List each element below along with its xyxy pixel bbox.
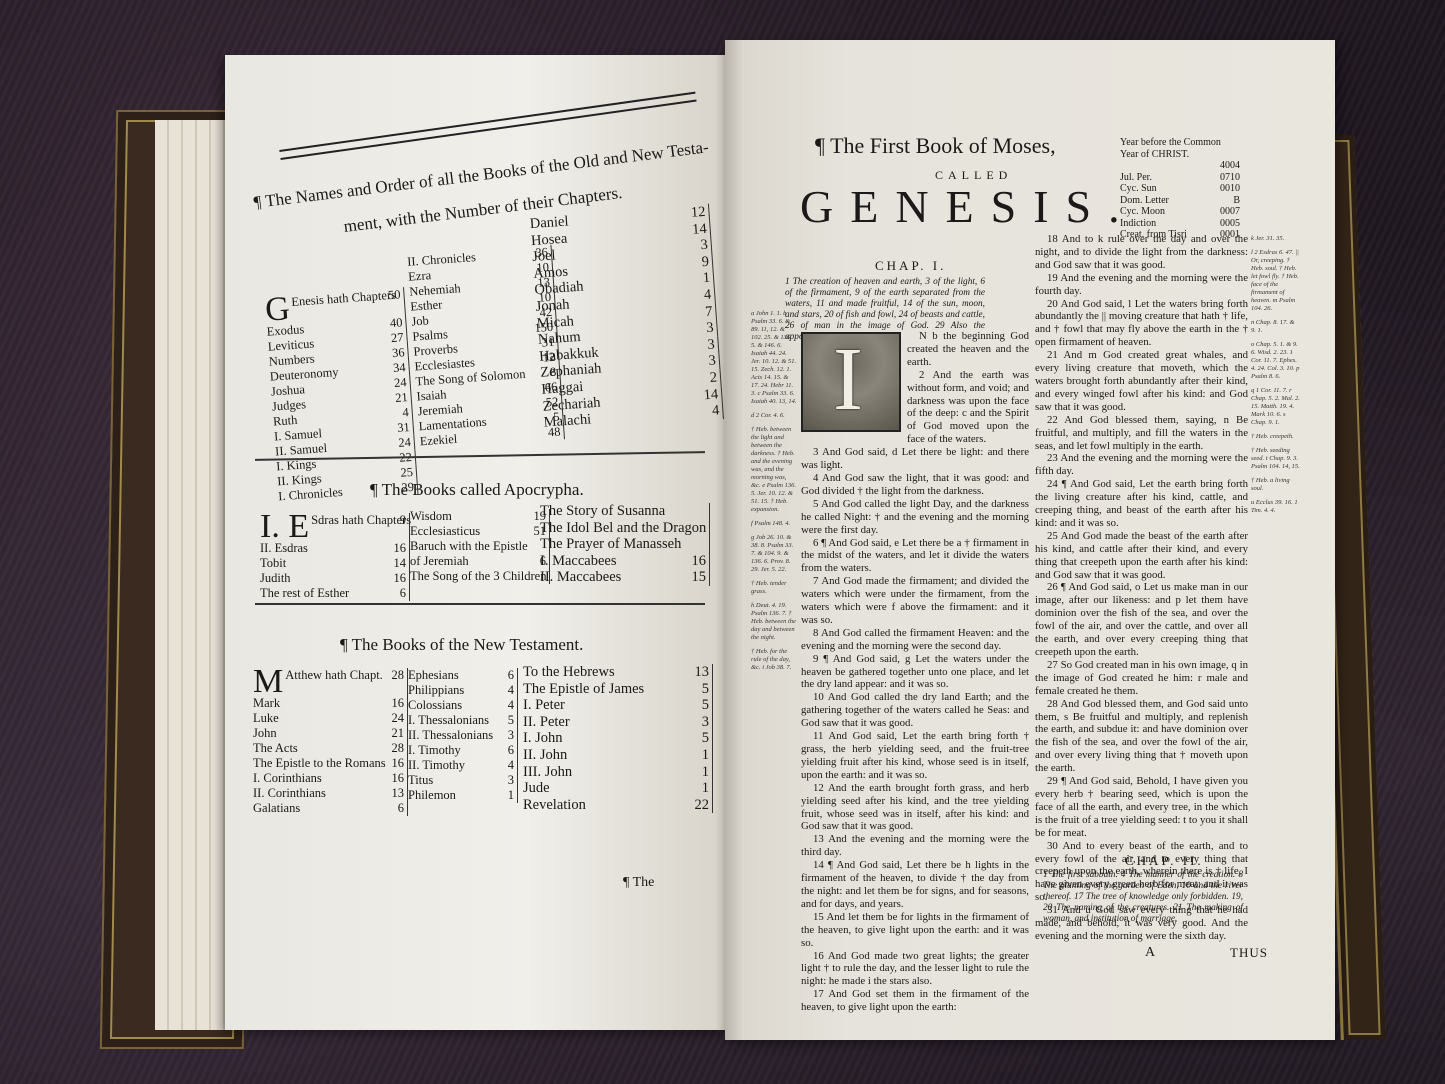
- chapter-count: 4: [402, 405, 413, 421]
- chapter-count: 16: [394, 571, 411, 586]
- chapter-count: 31: [397, 420, 415, 436]
- verse-column-2: 18 And to k rule over the day and over t…: [1035, 233, 1248, 943]
- chapter-count: 36: [392, 345, 410, 361]
- margin-note: † Heb. creepeth.: [1251, 433, 1301, 441]
- book-entry: Philippians4: [408, 683, 518, 698]
- verse: 11 And God said, Let the earth bring for…: [801, 730, 1029, 782]
- chapter-count: 3: [708, 353, 720, 370]
- verse: 5 And God called the light Day, and the …: [801, 498, 1029, 537]
- chapter-count: 7: [705, 303, 717, 320]
- apoc-col3: The Story of SusannaThe Idol Bel and the…: [540, 503, 710, 586]
- book-entry: Philemon1: [408, 788, 518, 803]
- book-name: The Acts: [253, 741, 298, 756]
- margin-note: k Jer. 31. 35.: [1251, 235, 1301, 243]
- book-name: Ruth: [273, 413, 298, 430]
- apocrypha-title: ¶ The Books called Apocrypha.: [370, 480, 584, 500]
- nt-col1: MAtthew hath Chapt.28Mark16Luke24John21T…: [253, 668, 408, 816]
- chronology-value: B: [1233, 195, 1240, 207]
- left-page: ¶ The Names and Order of all the Books o…: [225, 55, 730, 1030]
- book-entry: The rest of Esther6: [260, 586, 410, 601]
- drop-cap: G: [264, 295, 290, 325]
- ot-col3: Daniel12Hosea14Joel3Amos9Obadiah1Jonah4M…: [529, 204, 724, 432]
- right-margin-notes: k Jer. 31. 35.l 2 Esdras 6. 47. || Or, c…: [1251, 235, 1301, 521]
- book-entry: Baruch with the Epistle: [410, 539, 550, 554]
- book-entry: of Jeremiah6: [410, 554, 550, 569]
- book-name: Colossians: [408, 698, 462, 713]
- book-heading: ¶ The First Book of Moses,: [815, 133, 1056, 159]
- chapter-count: 4: [703, 286, 715, 303]
- chapter-count: 3: [508, 728, 518, 743]
- book-name: The Epistle of James: [523, 681, 644, 698]
- chapter-count: 16: [394, 541, 411, 556]
- book-entry: The Epistle to the Romans16: [253, 756, 408, 771]
- margin-note: † Heb. tender grass.: [751, 580, 797, 596]
- chapter-count: 27: [391, 330, 409, 346]
- margin-note: o Chap. 5. 1. & 9. 6. Wisd. 2. 23. 1 Cor…: [1251, 341, 1301, 381]
- ot-table: GEnesis hath Chapters50Exodus40Leviticus…: [260, 204, 719, 455]
- nt-col3: To the Hebrews13The Epistle of James5I. …: [523, 664, 713, 813]
- nt-title: ¶ The Books of the New Testament.: [340, 635, 583, 655]
- chapter-count: 5: [702, 681, 713, 698]
- drop-cap: I. E: [260, 513, 309, 541]
- apocrypha-bottom-rule: [255, 603, 705, 605]
- chapter-count: 3: [508, 773, 518, 788]
- verse: 20 And God said, l Let the waters bring …: [1035, 298, 1248, 350]
- chapter-count: 15: [692, 569, 711, 586]
- book-entry: I. John5: [523, 730, 713, 747]
- book-name: Joel: [532, 248, 556, 266]
- book-name: Philemon: [408, 788, 456, 803]
- chapter-count: 4: [508, 698, 518, 713]
- chapter-count: 6: [508, 743, 518, 758]
- margin-note: n Chap. 8. 17. & 9. 1.: [1251, 319, 1301, 335]
- chapter-count: 2: [709, 369, 721, 386]
- book-name: Esther: [410, 297, 443, 314]
- verse: 19 And the evening and the morning were …: [1035, 272, 1248, 298]
- verse: 25 And God made the beast of the earth a…: [1035, 530, 1248, 582]
- book-name: Judith: [260, 571, 291, 586]
- chronology-label: Cyc. Sun: [1120, 183, 1157, 195]
- book-entry: Mark16: [253, 696, 408, 711]
- verse: 8 And God called the firmament Heaven: a…: [801, 627, 1029, 653]
- verse: 26 ¶ And God said, o Let us make man in …: [1035, 581, 1248, 658]
- verse: 15 And let them be for lights in the fir…: [801, 911, 1029, 950]
- chapter-count: [706, 520, 710, 537]
- book-entry: II. Corinthians13: [253, 786, 408, 801]
- margin-note: † Heb. seeding seed. t Chap. 9. 3. Psalm…: [1251, 447, 1301, 471]
- chapter-count: 16: [692, 553, 711, 570]
- chapter-count: 6: [508, 668, 518, 683]
- chapter-count: 1: [508, 788, 518, 803]
- book-name: Ephesians: [408, 668, 459, 683]
- verse: 23 And the evening and the morning were …: [1035, 452, 1248, 478]
- chapter-count: 12: [690, 204, 710, 222]
- chapter-count: 3: [706, 319, 718, 336]
- verse: 18 And to k rule over the day and over t…: [1035, 233, 1248, 272]
- chapter-count: 24: [392, 711, 409, 726]
- chap1-heading: CHAP. I.: [875, 258, 946, 274]
- book-name: Tobit: [260, 556, 286, 571]
- book-entry: MAtthew hath Chapt.28: [253, 668, 408, 696]
- chapter-count: 1: [702, 780, 713, 797]
- book-entry: III. John1: [523, 764, 713, 781]
- chapter-count: 50: [388, 287, 406, 316]
- left-catchword: ¶ The: [623, 875, 654, 891]
- chronology-label: Jul. Per.: [1120, 172, 1152, 184]
- book-name: Job: [411, 313, 429, 329]
- book-name: The rest of Esther: [260, 586, 349, 601]
- chapter-count: 28: [392, 668, 409, 696]
- verse: 14 ¶ And God said, Let there be h lights…: [801, 859, 1029, 911]
- book-name: II. Esdras: [260, 541, 308, 556]
- chronology-row: Cyc. Sun0010: [1120, 183, 1240, 195]
- book-entry: I. Maccabees16: [540, 553, 710, 570]
- book-name: Judges: [272, 397, 307, 414]
- book-name: I. Thessalonians: [408, 713, 489, 728]
- book-name: Ezekiel: [419, 432, 457, 450]
- chapter-count: 14: [703, 386, 723, 404]
- chap2-summary: 1 The first sabbath. 4 The manner of the…: [1043, 870, 1243, 925]
- margin-note: † Heb. for the rule of the day, &c. i Jo…: [751, 648, 797, 672]
- book-name: The Song of the 3 Children: [410, 569, 546, 584]
- book-name: MAtthew hath Chapt.: [253, 668, 383, 696]
- book-name: I. Corinthians: [253, 771, 322, 786]
- book-name: I. ESdras hath Chapters: [260, 513, 400, 541]
- chronology-value: 4004: [1220, 160, 1240, 172]
- nt-table: MAtthew hath Chapt.28Mark16Luke24John21T…: [253, 660, 708, 810]
- apoc-col1: I. ESdras hath Chapters9II. Esdras16Tobi…: [260, 513, 410, 601]
- book-entry: II. Thessalonians3: [408, 728, 518, 743]
- chapter-count: [706, 536, 710, 553]
- book-entry: John21: [253, 726, 408, 741]
- book-name: II. Timothy: [408, 758, 465, 773]
- book-name: To the Hebrews: [523, 664, 615, 681]
- verse: 22 And God blessed them, saying, n Be fr…: [1035, 414, 1248, 453]
- chapter-count: 25: [400, 465, 418, 481]
- chapter-count: 1: [702, 764, 713, 781]
- chap2-heading: CHAP. II.: [1125, 853, 1204, 869]
- historiated-initial: I: [801, 332, 901, 432]
- book-name: The Prayer of Manasseh: [540, 536, 681, 553]
- book-entry: Colossians4: [408, 698, 518, 713]
- book-entry: I. ESdras hath Chapters9: [260, 513, 410, 541]
- book-name: II. Corinthians: [253, 786, 326, 801]
- book-entry: The Prayer of Manasseh: [540, 536, 710, 553]
- verse: 21 And m God created great whales, and e…: [1035, 349, 1248, 414]
- chapter-count: 5: [702, 697, 713, 714]
- book-entry: Wisdom19: [410, 509, 550, 524]
- book-entry: Jude1: [523, 780, 713, 797]
- chapter-count: 1: [702, 747, 713, 764]
- book-entry: To the Hebrews13: [523, 664, 713, 681]
- apoc-col2: Wisdom19Ecclesiasticus51Baruch with the …: [410, 509, 550, 584]
- book-name: Titus: [408, 773, 433, 788]
- book-name: I. Timothy: [408, 743, 461, 758]
- chapter-count: 24: [394, 375, 412, 391]
- verse-column-1: I N b the beginning God created the heav…: [801, 330, 1029, 1014]
- ot-col1: GEnesis hath Chapters50Exodus40Leviticus…: [264, 287, 418, 504]
- chapter-count: 16: [392, 756, 409, 771]
- chronology-label: Cyc. Moon: [1120, 206, 1165, 218]
- chronology-label: Dom. Letter: [1120, 195, 1169, 207]
- chapter-count: 14: [394, 556, 411, 571]
- chronology-row: Indiction0005: [1120, 218, 1240, 230]
- book-name: Malachi: [543, 411, 592, 431]
- book-entry: Judith16: [260, 571, 410, 586]
- book-entry: II. Timothy4: [408, 758, 518, 773]
- book-name: The Idol Bel and the Dragon: [540, 520, 706, 537]
- verse: 10 And God called the dry land Earth; an…: [801, 691, 1029, 730]
- book-entry: I. Timothy6: [408, 743, 518, 758]
- chapter-count: 9: [701, 253, 713, 270]
- chronology-value: 0710: [1220, 172, 1240, 184]
- chapter-count: 3: [700, 237, 712, 254]
- margin-note: a John 1. 1. b Psalm 33. 6. & 89. 11, 12…: [751, 310, 797, 406]
- chronology-row: Cyc. Moon0007: [1120, 206, 1240, 218]
- verse: 27 So God created man in his own image, …: [1035, 659, 1248, 698]
- book-name: Jude: [523, 780, 550, 797]
- verse: 28 And God blessed them, and God said un…: [1035, 698, 1248, 775]
- book-name: Mark: [253, 696, 280, 711]
- chronology-value: 0005: [1220, 218, 1240, 230]
- book-name: of Jeremiah: [410, 554, 469, 569]
- book-name: Ezra: [408, 268, 432, 285]
- book-name: The Epistle to the Romans: [253, 756, 386, 771]
- book-name: Obadiah: [534, 279, 584, 299]
- book-name: John: [253, 726, 277, 741]
- book-name: Wisdom: [410, 509, 452, 524]
- chapter-count: 1: [702, 270, 714, 287]
- book-entry: Tobit14: [260, 556, 410, 571]
- chapter-count: 40: [389, 315, 407, 331]
- chronology-label: Indiction: [1120, 218, 1156, 230]
- verse: 16 And God made two great lights; the gr…: [801, 950, 1029, 989]
- chapter-count: 6: [398, 801, 408, 816]
- book-entry: II. Maccabees15: [540, 569, 710, 586]
- chapter-count: 3: [702, 714, 713, 731]
- chronology-row: Jul. Per.0710: [1120, 172, 1240, 184]
- chronology-value: 0007: [1220, 206, 1240, 218]
- chapter-count: 4: [508, 683, 518, 698]
- chapter-count: 4: [712, 402, 724, 419]
- chronology-table: Year before the Common Year of CHRIST. 4…: [1120, 137, 1240, 241]
- verse: 6 ¶ And God said, e Let there be a † fir…: [801, 537, 1029, 576]
- chronology-row: 4004: [1120, 160, 1240, 172]
- book-name: Revelation: [523, 797, 586, 814]
- chapter-count: 21: [395, 390, 413, 406]
- book-entry: The Epistle of James5: [523, 681, 713, 698]
- chapter-count: 22: [695, 797, 714, 814]
- apocrypha-table: I. ESdras hath Chapters9II. Esdras16Tobi…: [260, 503, 705, 583]
- book-entry: II. Peter3: [523, 714, 713, 731]
- book-name: Philippians: [408, 683, 464, 698]
- book-entry: Luke24: [253, 711, 408, 726]
- chapter-count: 16: [392, 771, 409, 786]
- margin-note: l 2 Esdras 6. 47. || Or, creeping. † Heb…: [1251, 249, 1301, 313]
- verse: 12 And the earth brought forth grass, an…: [801, 782, 1029, 834]
- margin-note: d 2 Cor. 4. 6.: [751, 412, 797, 420]
- verse: 24 ¶ And God said, Let the earth bring f…: [1035, 478, 1248, 530]
- chapter-count: 4: [508, 758, 518, 773]
- book-name: Hosea: [530, 230, 567, 249]
- book-entry: The Story of Susanna: [540, 503, 710, 520]
- book-name: III. John: [523, 764, 572, 781]
- chapter-count: 9: [400, 513, 410, 541]
- book-entry: I. Corinthians16: [253, 771, 408, 786]
- chapter-count: 21: [392, 726, 409, 741]
- margin-note: f Psalm 148. 4.: [751, 520, 797, 528]
- book-entry: The Acts28: [253, 741, 408, 756]
- chapter-count: 34: [393, 360, 411, 376]
- verse: 29 ¶ And God said, Behold, I have given …: [1035, 775, 1248, 840]
- book-name: I. John: [523, 730, 562, 747]
- book-entry: II. Esdras16: [260, 541, 410, 556]
- nt-col2: Ephesians6Philippians4Colossians4I. Thes…: [408, 668, 518, 803]
- drop-cap: M: [253, 668, 283, 696]
- chapter-count: 6: [400, 586, 410, 601]
- verse: 4 And God saw the light, that it was goo…: [801, 472, 1029, 498]
- chapter-count: 13: [392, 786, 409, 801]
- margin-note: † Heb. between the light and between the…: [751, 426, 797, 514]
- margin-note: g Job 26. 10. & 38. 8. Psalm 33. 7. & 10…: [751, 534, 797, 574]
- chapter-count: [706, 503, 710, 520]
- chapter-count: 3: [707, 336, 719, 353]
- verse: 7 And God made the firmament; and divide…: [801, 575, 1029, 627]
- chronology-value: 0010: [1220, 183, 1240, 195]
- margin-note: u Ecclus 39. 16. 1 Tim. 4. 4.: [1251, 499, 1301, 515]
- book-entry: Galatians6: [253, 801, 408, 816]
- book-name: The Story of Susanna: [540, 503, 665, 520]
- chapter-count: 5: [508, 713, 518, 728]
- book-name: II. Thessalonians: [408, 728, 493, 743]
- book-entry: I. Peter5: [523, 697, 713, 714]
- verse: 9 ¶ And God said, g Let the waters under…: [801, 653, 1029, 692]
- chapter-count: 5: [702, 730, 713, 747]
- verse: 17 And God set them in the firmament of …: [801, 988, 1029, 1014]
- right-page: ¶ The First Book of Moses, CALLED GENESI…: [725, 40, 1335, 1040]
- book-name: Baruch with the Epistle: [410, 539, 528, 554]
- book-name: I. Chronicles: [278, 485, 343, 504]
- book-entry: The Idol Bel and the Dragon: [540, 520, 710, 537]
- book-entry: The Song of the 3 Children: [410, 569, 550, 584]
- book-name: I. Peter: [523, 697, 565, 714]
- book-entry: I. Thessalonians5: [408, 713, 518, 728]
- book-name: II. Maccabees: [540, 569, 621, 586]
- chapter-count: 13: [695, 664, 714, 681]
- margin-note: h Deut. 4. 19. Psalm 136. 7. † Heb. betw…: [751, 602, 797, 642]
- chronology-row: Dom. LetterB: [1120, 195, 1240, 207]
- book-name: I. Maccabees: [540, 553, 616, 570]
- book-name: Ecclesiasticus: [410, 524, 480, 539]
- book-name: Luke: [253, 711, 279, 726]
- chapter-count: 24: [398, 435, 416, 451]
- margin-note: q 1 Cor. 11. 7. r Chap. 5. 2. Mal. 2. 15…: [1251, 387, 1301, 427]
- chronology-title: Year before the Common Year of CHRIST.: [1120, 137, 1225, 160]
- left-margin-notes: a John 1. 1. b Psalm 33. 6. & 89. 11, 12…: [751, 310, 797, 678]
- signature-mark: A: [1145, 945, 1155, 961]
- book-entry: Titus3: [408, 773, 518, 788]
- genesis-title: GENESIS.: [800, 180, 1137, 233]
- book-name: II. Peter: [523, 714, 570, 731]
- chapter-count: 14: [692, 220, 712, 238]
- book-entry: Ephesians6: [408, 668, 518, 683]
- book-entry: II. John1: [523, 747, 713, 764]
- book-entry: Ecclesiasticus51: [410, 524, 550, 539]
- chapter-count: 16: [392, 696, 409, 711]
- book-name: II. John: [523, 747, 567, 764]
- margin-note: † Heb. a living soul.: [1251, 477, 1301, 493]
- book-entry: Revelation22: [523, 797, 713, 814]
- right-catchword: THUS: [1230, 945, 1268, 961]
- book-name: Galatians: [253, 801, 300, 816]
- chapter-count: 28: [392, 741, 409, 756]
- verse: 13 And the evening and the morning were …: [801, 833, 1029, 859]
- verse: 3 And God said, d Let there be light: an…: [801, 446, 1029, 472]
